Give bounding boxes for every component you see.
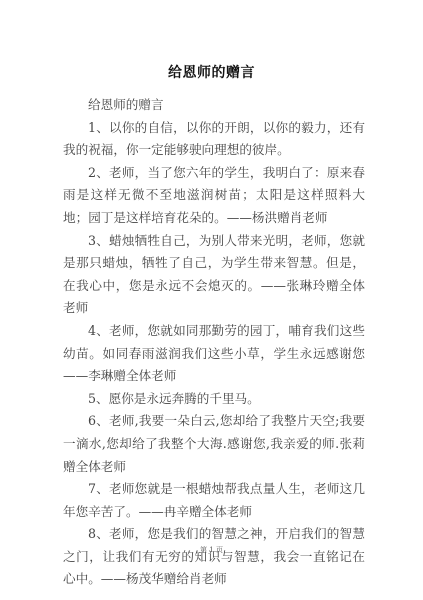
paragraph-8: 8、老师，您是我们的智慧之神，开启我们的智慧之门，让我们有无穷的知识与智慧，我会… xyxy=(63,523,365,591)
paragraph-5: 5、愿你是永远奔腾的千里马。 xyxy=(63,388,365,411)
document-title: 给恩师的赠言 xyxy=(0,62,423,82)
paragraph-4: 4、老师，您就如同那勤劳的园丁，哺育我们这些幼苗。如同春雨滋润我们这些小草，学生… xyxy=(63,320,365,388)
paragraph-3: 3、蜡烛牺牲自己，为别人带来光明，老师，您就是那只蜡烛，牺牲了自己，为学生带来智… xyxy=(63,230,365,320)
paragraph-7: 7、老师您就是一根蜡烛帮我点量人生，老师这几年您辛苦了。——冉辛赠全体老师 xyxy=(63,478,365,523)
document-page: 给恩师的赠言 给恩师的赠言 1、以你的自信，以你的开朗，以你的毅力，还有我的祝福… xyxy=(0,0,423,600)
paragraph-heading: 给恩师的赠言 xyxy=(63,94,365,117)
paragraph-2: 2、老师，当了您六年的学生，我明白了：原来春雨是这样无微不至地滋润树苗；太阳是这… xyxy=(63,162,365,230)
document-body: 给恩师的赠言 1、以你的自信，以你的开朗，以你的毅力，还有我的祝福，你一定能够驶… xyxy=(63,94,365,591)
page-number: 第 1 页 xyxy=(0,545,423,555)
paragraph-6: 6、老师,我要一朵白云,您却给了我整片天空;我要一滴水,您却给了我整个大海.感谢… xyxy=(63,410,365,478)
paragraph-1: 1、以你的自信，以你的开朗，以你的毅力，还有我的祝福，你一定能够驶向理想的彼岸。 xyxy=(63,117,365,162)
